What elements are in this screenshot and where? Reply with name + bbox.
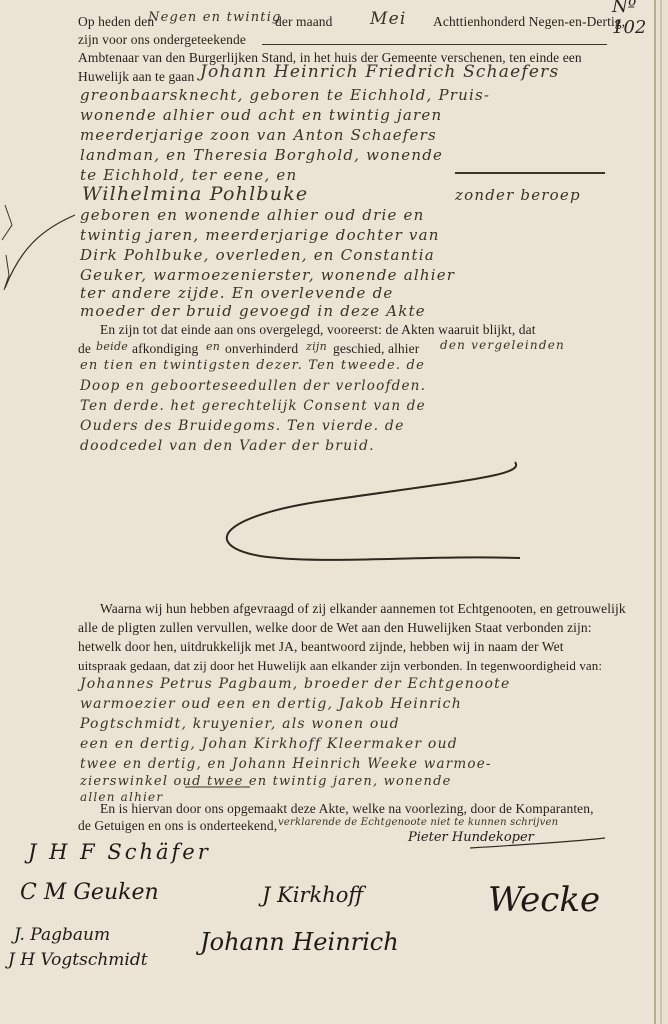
pen-flourishes [0, 0, 668, 1024]
document-page: Nº 102 Op heden den Negen en twintig der… [0, 0, 656, 1024]
